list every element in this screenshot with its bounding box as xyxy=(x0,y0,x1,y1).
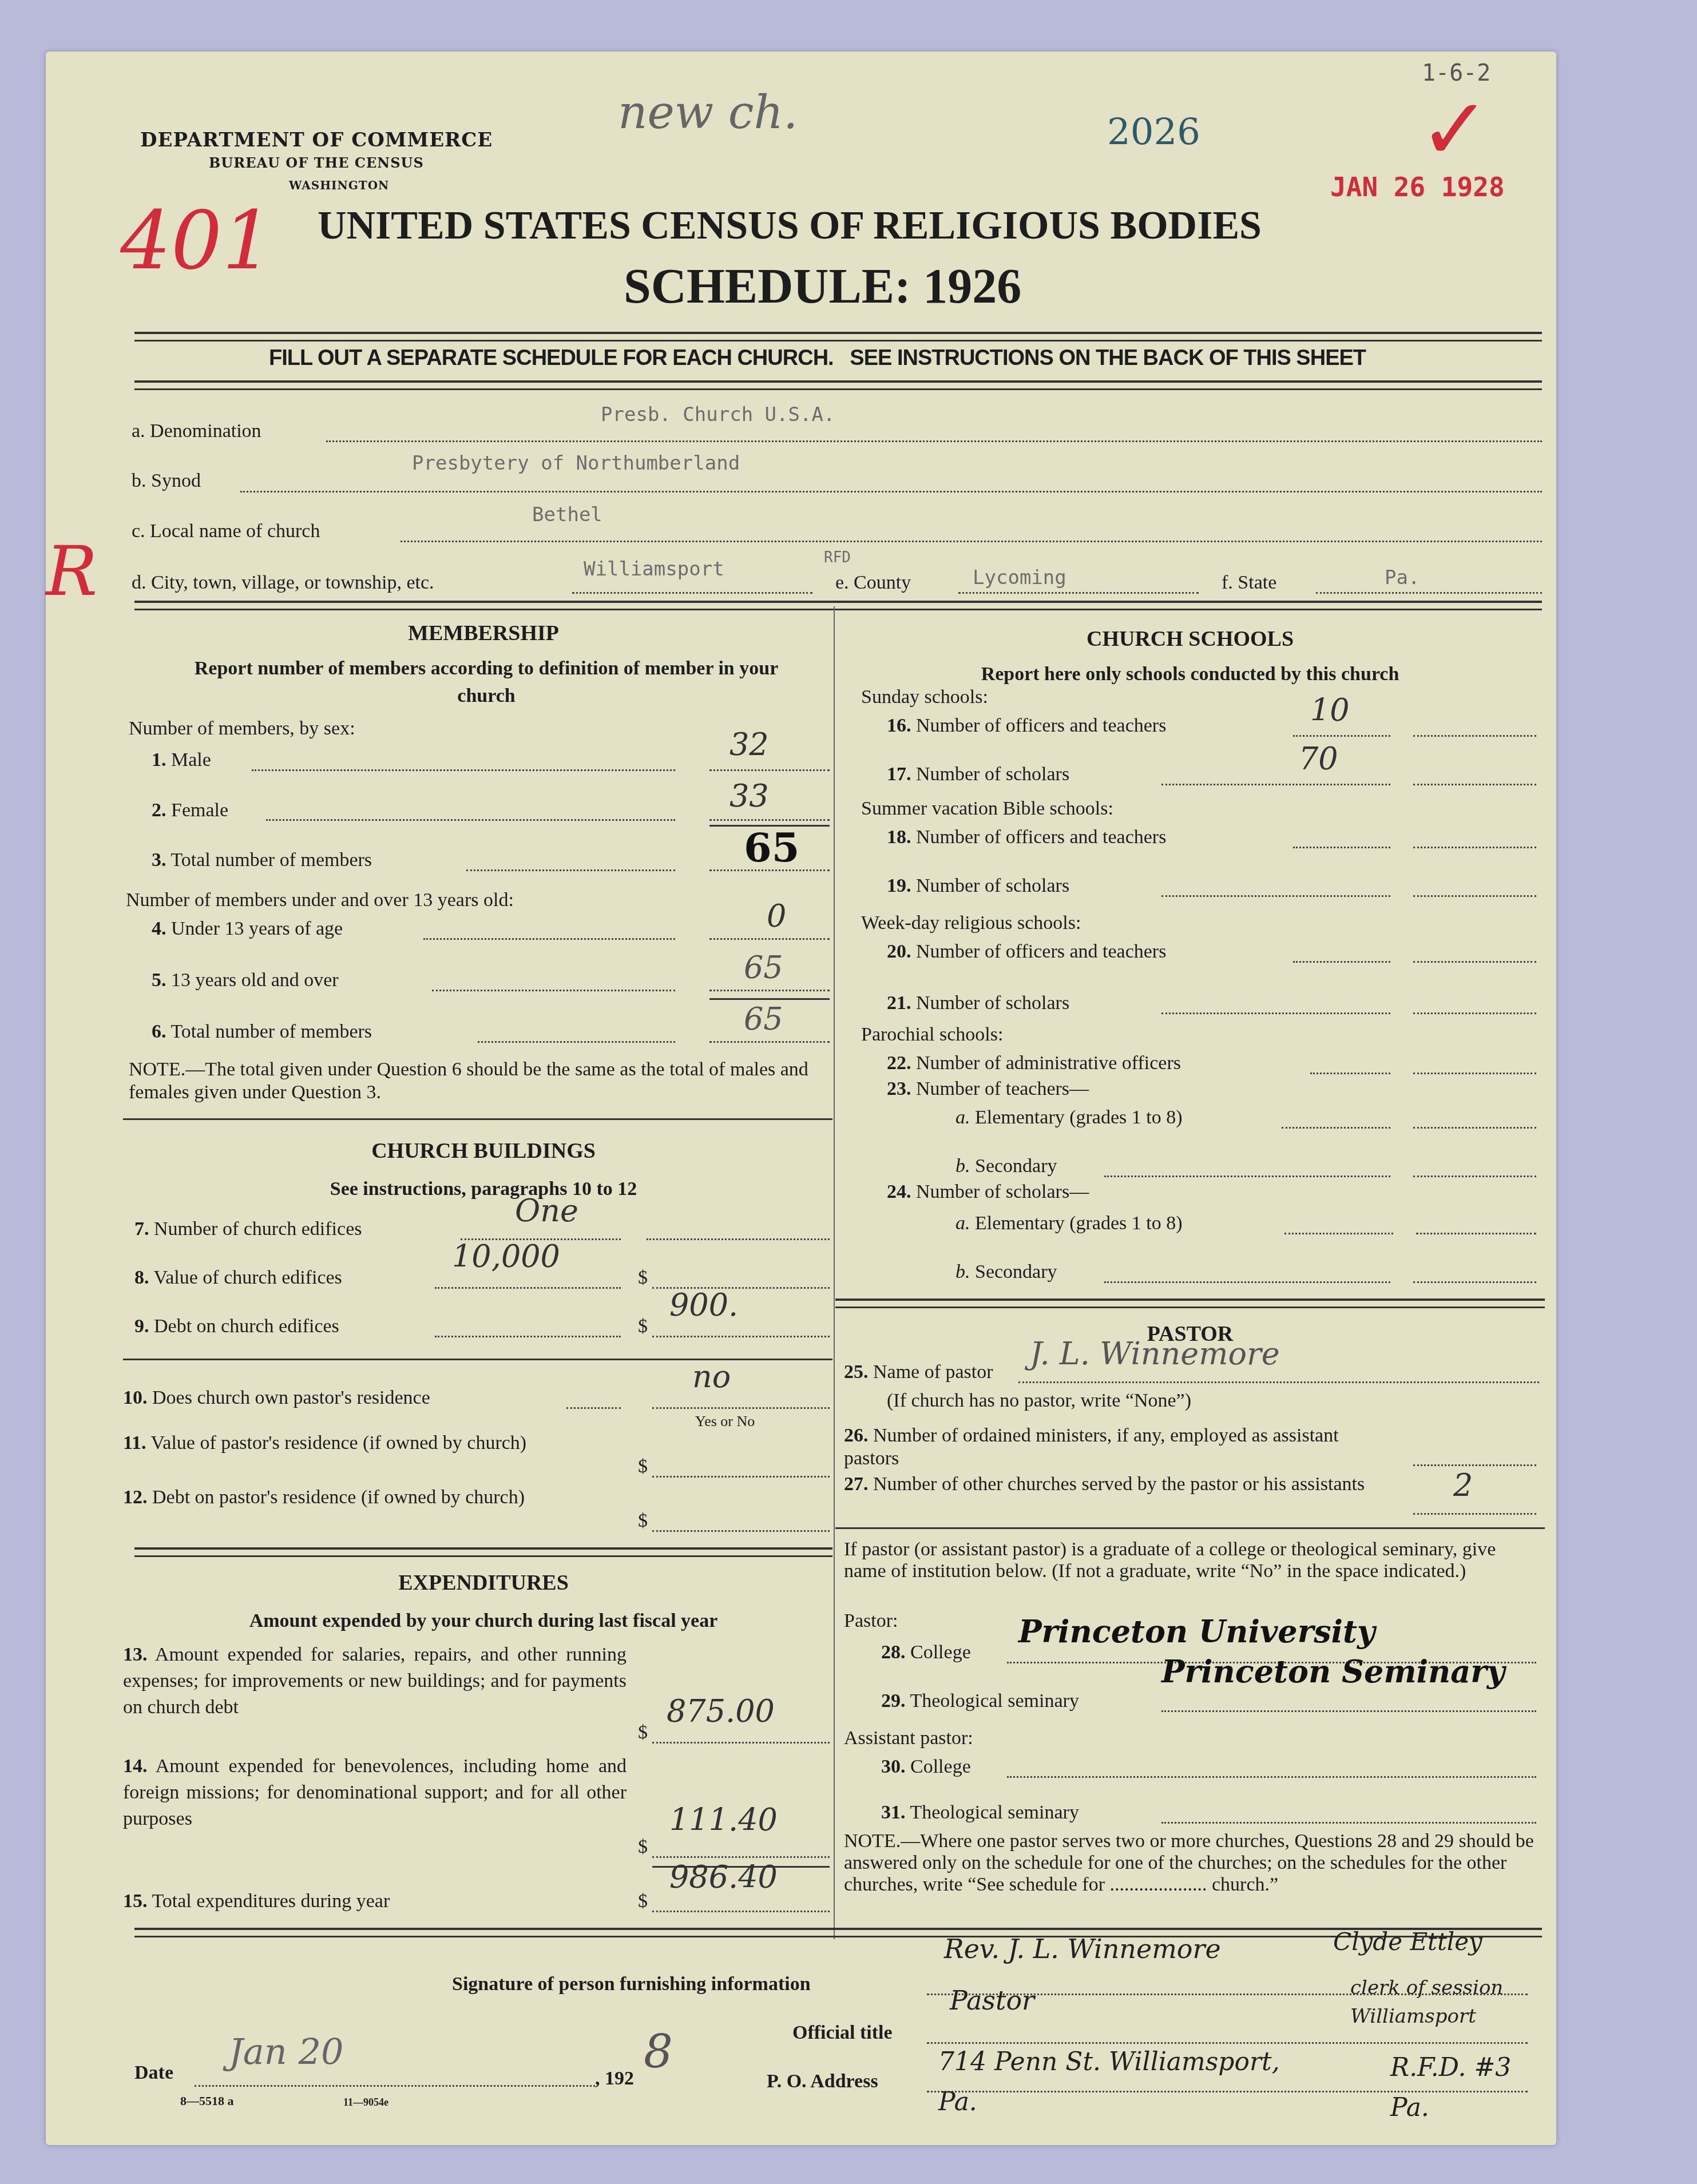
local-name-value: Bethel xyxy=(532,503,602,526)
leader-dots xyxy=(1413,847,1536,848)
po-address-extra: R.F.D. #3 Pa. xyxy=(1390,2048,1533,2128)
divider xyxy=(134,332,1542,342)
dollar-sign: $ xyxy=(638,1267,648,1289)
under-13-field[interactable] xyxy=(709,938,830,940)
building-item: 8. Value of church edifices xyxy=(134,1267,342,1289)
state-field[interactable] xyxy=(1316,592,1542,594)
synod-label: b. Synod xyxy=(132,470,201,492)
form-title: UNITED STATES CENSUS OF RELIGIOUS BODIES xyxy=(318,203,1262,249)
school-item: 23. Number of teachers— xyxy=(887,1078,1089,1100)
summer-teachers-field[interactable] xyxy=(1293,847,1390,848)
department-label: DEPARTMENT OF COMMERCE xyxy=(140,129,493,152)
official-title-label: Official title xyxy=(792,2022,893,2044)
city-value: Williamsport xyxy=(584,558,724,581)
teachers-secondary-field[interactable] xyxy=(1104,1176,1390,1177)
pastor-note: NOTE.—Where one pastor serves two or mor… xyxy=(844,1830,1536,1896)
other-churches-field[interactable] xyxy=(1413,1513,1536,1515)
state-value: Pa. xyxy=(1385,566,1420,589)
leader-dots xyxy=(252,769,675,771)
membership-item: 3. Total number of members xyxy=(152,849,372,871)
sum-rule xyxy=(709,998,830,1000)
school-item: 24. Number of scholars— xyxy=(887,1181,1089,1203)
buildings-subtitle: See instructions, paragraphs 10 to 12 xyxy=(134,1178,832,1200)
county-value: Lycoming xyxy=(973,566,1066,589)
bureau-label: BUREAU OF THE CENSUS xyxy=(209,154,424,171)
leader-dots xyxy=(647,1238,830,1240)
city-field[interactable] xyxy=(572,592,812,594)
total-members-value: 65 xyxy=(744,824,799,871)
sunday-scholars-value: 70 xyxy=(1299,741,1338,777)
city-note: RFD xyxy=(824,549,851,566)
dollar-sign: $ xyxy=(638,1510,648,1532)
summer-scholars-field[interactable] xyxy=(1161,895,1390,897)
date-label: Date xyxy=(134,2062,173,2084)
dollar-sign: $ xyxy=(638,1891,648,1912)
state-label: f. State xyxy=(1222,572,1276,594)
admin-officers-field[interactable] xyxy=(1310,1073,1390,1074)
signature-extra: Clyde Ettley xyxy=(1333,1928,1482,1956)
po-address-label: P. O. Address xyxy=(767,2071,878,2092)
membership-subtitle: Report number of members according to de… xyxy=(172,655,801,710)
membership-note: NOTE.—The total given under Question 6 s… xyxy=(129,1058,827,1104)
pastor-name-value: J. L. Winnemore xyxy=(1030,1336,1280,1372)
residence-value-field[interactable] xyxy=(652,1476,830,1478)
divider xyxy=(123,1118,832,1120)
po-address-value: 714 Penn St. Williamsport, Pa. xyxy=(938,2042,1282,2122)
expenditure-item: 15. Total expenditures during year xyxy=(123,1891,390,1912)
school-group-label: Sunday schools: xyxy=(861,686,988,708)
running-expenses-field[interactable] xyxy=(652,1742,830,1744)
owns-residence-field[interactable] xyxy=(652,1407,830,1409)
school-item: 20. Number of officers and teachers xyxy=(887,941,1166,963)
local-name-field[interactable] xyxy=(401,541,1542,542)
membership-title: MEMBERSHIP xyxy=(134,621,832,646)
residence-debt-field[interactable] xyxy=(652,1530,830,1532)
divider xyxy=(134,380,1542,390)
date-value: Jan 20 xyxy=(229,2031,343,2072)
county-label: e. County xyxy=(835,572,911,594)
denomination-label: a. Denomination xyxy=(132,420,261,442)
membership-item: 6. Total number of members xyxy=(152,1021,372,1043)
running-expenses-value: 875.00 xyxy=(667,1693,775,1729)
teachers-elementary-field[interactable] xyxy=(1282,1127,1390,1129)
pastor-name-hint: (If church has no pastor, write “None”) xyxy=(887,1390,1191,1412)
school-item: 22. Number of administrative officers xyxy=(887,1053,1181,1074)
over-13-value: 65 xyxy=(744,950,783,986)
sunday-scholars-field[interactable] xyxy=(1161,784,1390,785)
school-group-label: Week-day religious schools: xyxy=(861,912,1081,934)
school-item: 21. Number of scholars xyxy=(887,992,1069,1014)
leader-dots xyxy=(478,1041,675,1043)
edifices-value-value: 10,000 xyxy=(452,1238,560,1274)
school-item: 18. Number of officers and teachers xyxy=(887,827,1166,848)
city-label: WASHINGTON xyxy=(289,178,389,192)
building-item: 9. Debt on church edifices xyxy=(134,1316,339,1337)
pastor-item: 25. Name of pastor xyxy=(844,1361,993,1383)
leader-dots xyxy=(1416,1233,1536,1234)
denomination-value: Presb. Church U.S.A. xyxy=(601,403,835,426)
leader-dots xyxy=(1413,735,1536,737)
over-13-field[interactable] xyxy=(709,990,830,991)
red-checkmark-icon: ✓ xyxy=(1419,80,1491,180)
leader-dots xyxy=(266,819,675,821)
buildings-title: CHURCH BUILDINGS xyxy=(134,1138,832,1164)
male-count-field[interactable] xyxy=(709,769,830,771)
expenditure-item: 14. Amount expended for benevolences, in… xyxy=(123,1753,627,1832)
building-item: 11. Value of pastor's residence (if owne… xyxy=(123,1430,627,1456)
edifices-count-value: One xyxy=(515,1193,578,1229)
scholars-elementary-field[interactable] xyxy=(1284,1233,1393,1234)
dollar-sign: $ xyxy=(638,1316,648,1337)
edifices-debt-field[interactable] xyxy=(652,1336,830,1337)
edifices-value-field[interactable] xyxy=(435,1287,621,1289)
column-divider xyxy=(834,606,835,1939)
assistant-seminary-field[interactable] xyxy=(1161,1822,1536,1824)
by-sex-label: Number of members, by sex: xyxy=(129,718,355,740)
leader-dots xyxy=(1413,1281,1536,1283)
benevolences-value: 111.40 xyxy=(669,1802,778,1838)
year-prefix: , 192 xyxy=(595,2068,634,2090)
membership-item: 4. Under 13 years of age xyxy=(152,918,343,940)
pastor-item: 30. College xyxy=(881,1756,971,1778)
weekday-scholars-field[interactable] xyxy=(1161,1012,1390,1014)
leader-dots xyxy=(1413,1073,1536,1074)
expenditures-title: EXPENDITURES xyxy=(134,1570,832,1595)
school-item: 16. Number of officers and teachers xyxy=(887,715,1166,737)
scholars-secondary-field[interactable] xyxy=(1104,1281,1390,1283)
print-number: 11—9054e xyxy=(343,2096,388,2108)
instruction-banner: FILL OUT A SEPARATE SCHEDULE FOR EACH CH… xyxy=(269,346,1366,371)
leader-dots xyxy=(423,938,675,940)
other-churches-value: 2 xyxy=(1453,1467,1473,1503)
school-group-label: Parochial schools: xyxy=(861,1024,1003,1046)
building-item: 10. Does church own pastor's residence xyxy=(123,1387,430,1409)
school-item: 17. Number of scholars xyxy=(887,764,1069,785)
under-13-value: 0 xyxy=(767,898,786,934)
dollar-sign: $ xyxy=(638,1836,648,1858)
expenditures-subtitle: Amount expended by your church during la… xyxy=(134,1610,832,1632)
school-group-label: Summer vacation Bible schools: xyxy=(861,798,1113,820)
form-number: 8—5518 a xyxy=(180,2094,234,2108)
divider xyxy=(835,1527,1545,1529)
schedule-title: SCHEDULE: 1926 xyxy=(624,257,1021,315)
benevolences-field[interactable] xyxy=(652,1856,830,1858)
margin-mark-r: R xyxy=(46,532,97,611)
pastor-college-value: Princeton University xyxy=(1018,1613,1375,1650)
pastor-seminary-value: Princeton Seminary xyxy=(1161,1653,1505,1690)
divider xyxy=(134,1928,1542,1937)
leader-dots xyxy=(1413,1127,1536,1129)
red-file-number: 401 xyxy=(120,194,273,288)
sunday-teachers-field[interactable] xyxy=(1293,735,1390,737)
owns-residence-value: no xyxy=(692,1359,731,1395)
male-count-value: 32 xyxy=(729,726,769,763)
date-field[interactable] xyxy=(195,2085,595,2087)
total-members-2-value: 65 xyxy=(744,1001,783,1037)
yes-no-hint: Yes or No xyxy=(695,1413,755,1430)
divider xyxy=(134,601,1542,610)
leader-dots xyxy=(1413,1176,1536,1177)
age-label: Number of members under and over 13 year… xyxy=(126,890,514,911)
total-expenditures-field[interactable] xyxy=(652,1911,830,1912)
membership-item: 1. Male xyxy=(152,749,211,771)
leader-dots xyxy=(1413,895,1536,897)
total-members-2-field[interactable] xyxy=(709,1041,830,1043)
signature-value: Rev. J. L. Winnemore xyxy=(944,1933,1221,1964)
pastor-item: 29. Theological seminary xyxy=(881,1690,1079,1712)
pastor-item: 28. College xyxy=(881,1642,971,1663)
pastor-item: 27. Number of other churches served by t… xyxy=(844,1473,1387,1496)
received-date-stamp: JAN 26 1928 xyxy=(1330,172,1505,202)
assistant-college-field[interactable] xyxy=(1007,1776,1536,1778)
membership-item: 2. Female xyxy=(152,800,228,821)
leader-dots xyxy=(1413,961,1536,963)
synod-value: Presbytery of Northumberland xyxy=(412,452,740,475)
pastor-subheading: Pastor: xyxy=(844,1610,898,1632)
synod-field[interactable] xyxy=(240,491,1542,493)
school-item: b. Secondary xyxy=(955,1155,1057,1177)
total-expenditures-value: 986.40 xyxy=(669,1859,778,1895)
schools-title: CHURCH SCHOOLS xyxy=(835,626,1545,652)
leader-dots xyxy=(1413,784,1536,785)
leader-dots xyxy=(466,869,675,871)
local-name-label: c. Local name of church xyxy=(132,521,320,542)
stamp-number: 2026 xyxy=(1107,112,1200,154)
school-item: b. Secondary xyxy=(955,1261,1057,1283)
membership-item: 5. 13 years old and over xyxy=(152,970,339,991)
city-field-label: d. City, town, village, or township, etc… xyxy=(132,572,434,594)
education-intro: If pastor (or assistant pastor) is a gra… xyxy=(844,1539,1539,1582)
pastor-name-field[interactable] xyxy=(1018,1381,1539,1383)
building-item: 7. Number of church edifices xyxy=(134,1218,362,1240)
female-count-value: 33 xyxy=(729,778,769,814)
assistant-subheading: Assistant pastor: xyxy=(844,1728,973,1749)
signature-label: Signature of person furnishing informati… xyxy=(452,1973,811,1995)
expenditure-item: 13. Amount expended for salaries, repair… xyxy=(123,1642,627,1721)
official-title-value: Pastor xyxy=(950,1985,1034,2016)
edifices-debt-value: 900. xyxy=(669,1287,738,1323)
sunday-teachers-value: 10 xyxy=(1310,692,1350,728)
divider xyxy=(134,1547,832,1557)
schools-subtitle: Report here only schools conducted by th… xyxy=(835,664,1545,685)
building-item: 12. Debt on pastor's residence (if owned… xyxy=(123,1484,627,1511)
divider xyxy=(835,1299,1545,1308)
assistant-ministers-field[interactable] xyxy=(1413,1464,1536,1466)
pencil-note: new ch. xyxy=(618,86,798,139)
dollar-sign: $ xyxy=(638,1722,648,1744)
pastor-item: 31. Theological seminary xyxy=(881,1802,1079,1824)
official-title-extra: clerk of session Williamsport xyxy=(1350,1973,1533,2031)
weekday-teachers-field[interactable] xyxy=(1293,961,1390,963)
school-item: a. Elementary (grades 1 to 8) xyxy=(955,1107,1183,1129)
school-item: 19. Number of scholars xyxy=(887,875,1069,897)
county-field[interactable] xyxy=(958,592,1199,594)
year-digit: 8 xyxy=(644,2025,673,2078)
pastor-item: 26. Number of ordained ministers, if any… xyxy=(844,1424,1387,1470)
denomination-field[interactable] xyxy=(326,440,1542,442)
leader-dots xyxy=(435,1336,621,1337)
leader-dots xyxy=(566,1407,621,1409)
leader-dots xyxy=(1413,1012,1536,1014)
pastor-seminary-field[interactable] xyxy=(1161,1710,1536,1712)
leader-dots xyxy=(432,990,675,991)
dollar-sign: $ xyxy=(638,1456,648,1478)
female-count-field[interactable] xyxy=(709,819,830,821)
school-item: a. Elementary (grades 1 to 8) xyxy=(955,1213,1183,1234)
